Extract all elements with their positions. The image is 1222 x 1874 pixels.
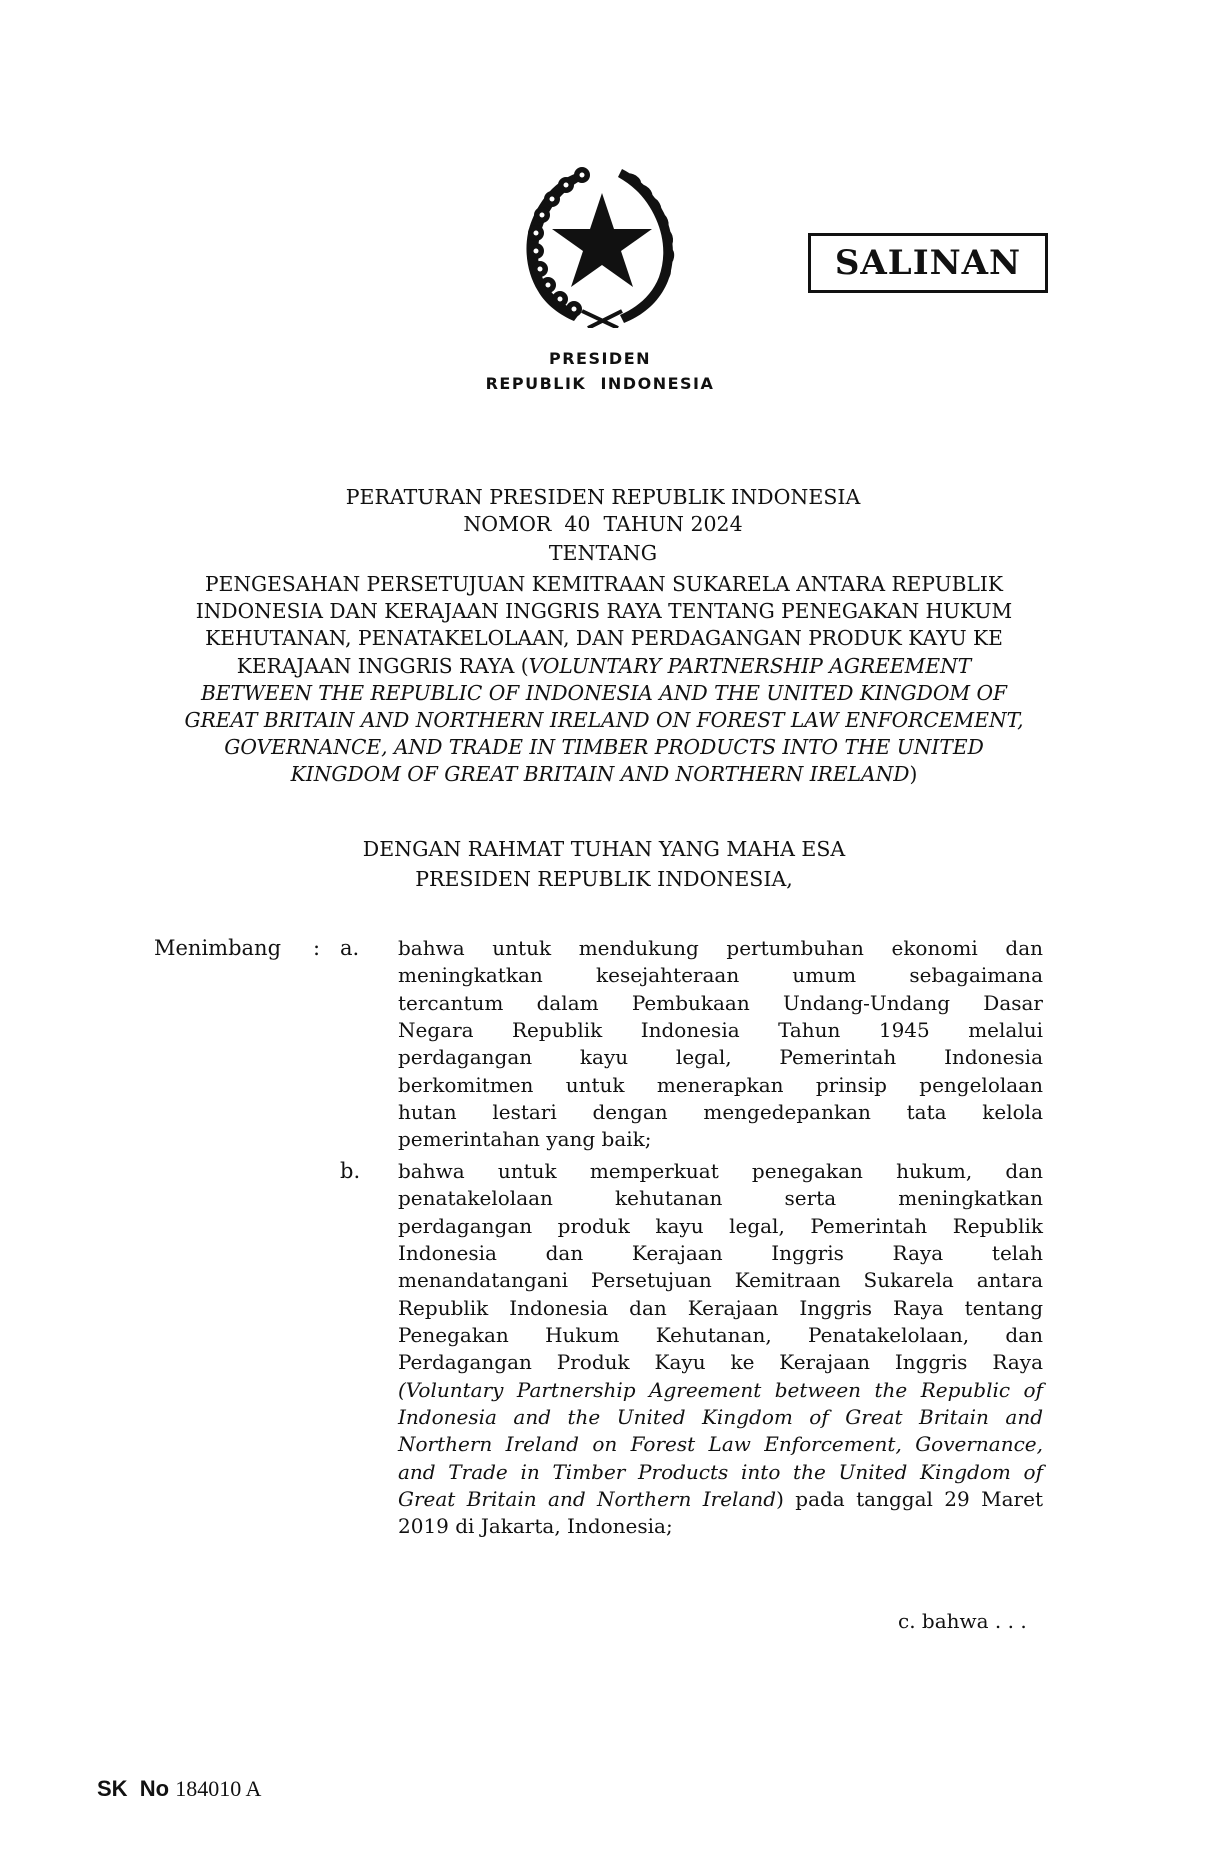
item-a-line: bahwa untuk mendukung pertumbuhan ekonom… xyxy=(398,935,1043,962)
item-b-line: perdagangan produk kayu legal, Pemerinta… xyxy=(398,1213,1043,1240)
item-a-line: berkomitmen untuk menerapkan prinsip pen… xyxy=(398,1072,1043,1099)
item-b-line: Northern Ireland on Forest Law Enforceme… xyxy=(398,1431,1043,1458)
item-b-line: Penegakan Hukum Kehutanan, Penatakelolaa… xyxy=(398,1322,1043,1349)
item-b-marker: b. xyxy=(340,1158,360,1185)
preamble-line2: PRESIDEN REPUBLIK INDONESIA, xyxy=(170,866,1038,893)
item-b-line: Indonesia and the United Kingdom of Grea… xyxy=(398,1404,1043,1431)
considering-label: Menimbang xyxy=(154,935,281,962)
copy-stamp: SALINAN xyxy=(808,233,1048,293)
subject-line: KERAJAAN INGGRIS RAYA (VOLUNTARY PARTNER… xyxy=(163,653,1045,680)
sk-number: 184010 A xyxy=(175,1776,261,1801)
item-a-line: pemerintahan yang baik; xyxy=(398,1126,1043,1153)
subject-line-italic: VOLUNTARY PARTNERSHIP AGREEMENT xyxy=(529,654,972,678)
item-b-line: and Trade in Timber Products into the Un… xyxy=(398,1459,1043,1486)
item-a-line: Negara Republik Indonesia Tahun 1945 mel… xyxy=(398,1017,1043,1044)
presidential-star-emblem-icon xyxy=(522,163,682,328)
subject-line: BETWEEN THE REPUBLIC OF INDONESIA AND TH… xyxy=(163,680,1045,707)
item-a-line: perdagangan kayu legal, Pemerintah Indon… xyxy=(398,1044,1043,1071)
subject-line: KINGDOM OF GREAT BRITAIN AND NORTHERN IR… xyxy=(163,761,1045,788)
item-a-marker: a. xyxy=(340,935,359,962)
page-continuation: c. bahwa . . . xyxy=(898,1609,1027,1633)
subject-line-plain: ) xyxy=(909,762,917,786)
item-b-line-plain: ) pada tanggal 29 Maret xyxy=(776,1487,1043,1511)
subject-line: GREAT BRITAIN AND NORTHERN IRELAND ON FO… xyxy=(163,707,1045,734)
office-heading-line2: REPUBLIK INDONESIA xyxy=(440,376,760,392)
considering-item-b: bahwa untuk memperkuat penegakan hukum, … xyxy=(398,1158,1043,1541)
considering-colon: : xyxy=(313,935,320,962)
item-b-line: penatakelolaan kehutanan serta meningkat… xyxy=(398,1185,1043,1212)
item-b-line: Republik Indonesia dan Kerajaan Inggris … xyxy=(398,1295,1043,1322)
item-b-line-italic: Great Britain and Northern Ireland xyxy=(398,1487,776,1511)
office-heading-line1: PRESIDEN xyxy=(440,351,760,367)
item-b-line: Indonesia dan Kerajaan Inggris Raya tela… xyxy=(398,1240,1043,1267)
sk-label: SK No xyxy=(97,1776,169,1801)
preamble-line1: DENGAN RAHMAT TUHAN YANG MAHA ESA xyxy=(170,836,1038,863)
regulation-number: NOMOR 40 TAHUN 2024 xyxy=(160,511,1046,538)
item-b-line: bahwa untuk memperkuat penegakan hukum, … xyxy=(398,1158,1043,1185)
document-sk-number: SK No 184010 A xyxy=(97,1777,261,1801)
regulation-title: PERATURAN PRESIDEN REPUBLIK INDONESIA xyxy=(160,484,1046,511)
subject-line: INDONESIA DAN KERAJAAN INGGRIS RAYA TENT… xyxy=(163,598,1045,625)
subject-line-italic: KINGDOM OF GREAT BRITAIN AND NORTHERN IR… xyxy=(291,762,910,786)
item-b-line: (Voluntary Partnership Agreement between… xyxy=(398,1377,1043,1404)
subject-line: PENGESAHAN PERSETUJUAN KEMITRAAN SUKAREL… xyxy=(163,571,1045,598)
regulation-about: TENTANG xyxy=(160,540,1046,567)
regulation-subject: PENGESAHAN PERSETUJUAN KEMITRAAN SUKAREL… xyxy=(163,571,1045,789)
presidential-emblem xyxy=(522,163,682,328)
item-b-line: Perdagangan Produk Kayu ke Kerajaan Ingg… xyxy=(398,1349,1043,1376)
considering-item-a: bahwa untuk mendukung pertumbuhan ekonom… xyxy=(398,935,1043,1154)
item-b-line: 2019 di Jakarta, Indonesia; xyxy=(398,1513,1043,1540)
item-b-line: Great Britain and Northern Ireland) pada… xyxy=(398,1486,1043,1513)
item-a-line: tercantum dalam Pembukaan Undang-Undang … xyxy=(398,990,1043,1017)
item-b-line: menandatangani Persetujuan Kemitraan Suk… xyxy=(398,1267,1043,1294)
subject-line: GOVERNANCE, AND TRADE IN TIMBER PRODUCTS… xyxy=(163,734,1045,761)
copy-stamp-label: SALINAN xyxy=(835,246,1021,280)
subject-line: KEHUTANAN, PENATAKELOLAAN, DAN PERDAGANG… xyxy=(163,625,1045,652)
item-a-line: meningkatkan kesejahteraan umum sebagaim… xyxy=(398,962,1043,989)
item-a-line: hutan lestari dengan mengedepankan tata … xyxy=(398,1099,1043,1126)
subject-line-plain: KERAJAAN INGGRIS RAYA ( xyxy=(237,654,529,678)
